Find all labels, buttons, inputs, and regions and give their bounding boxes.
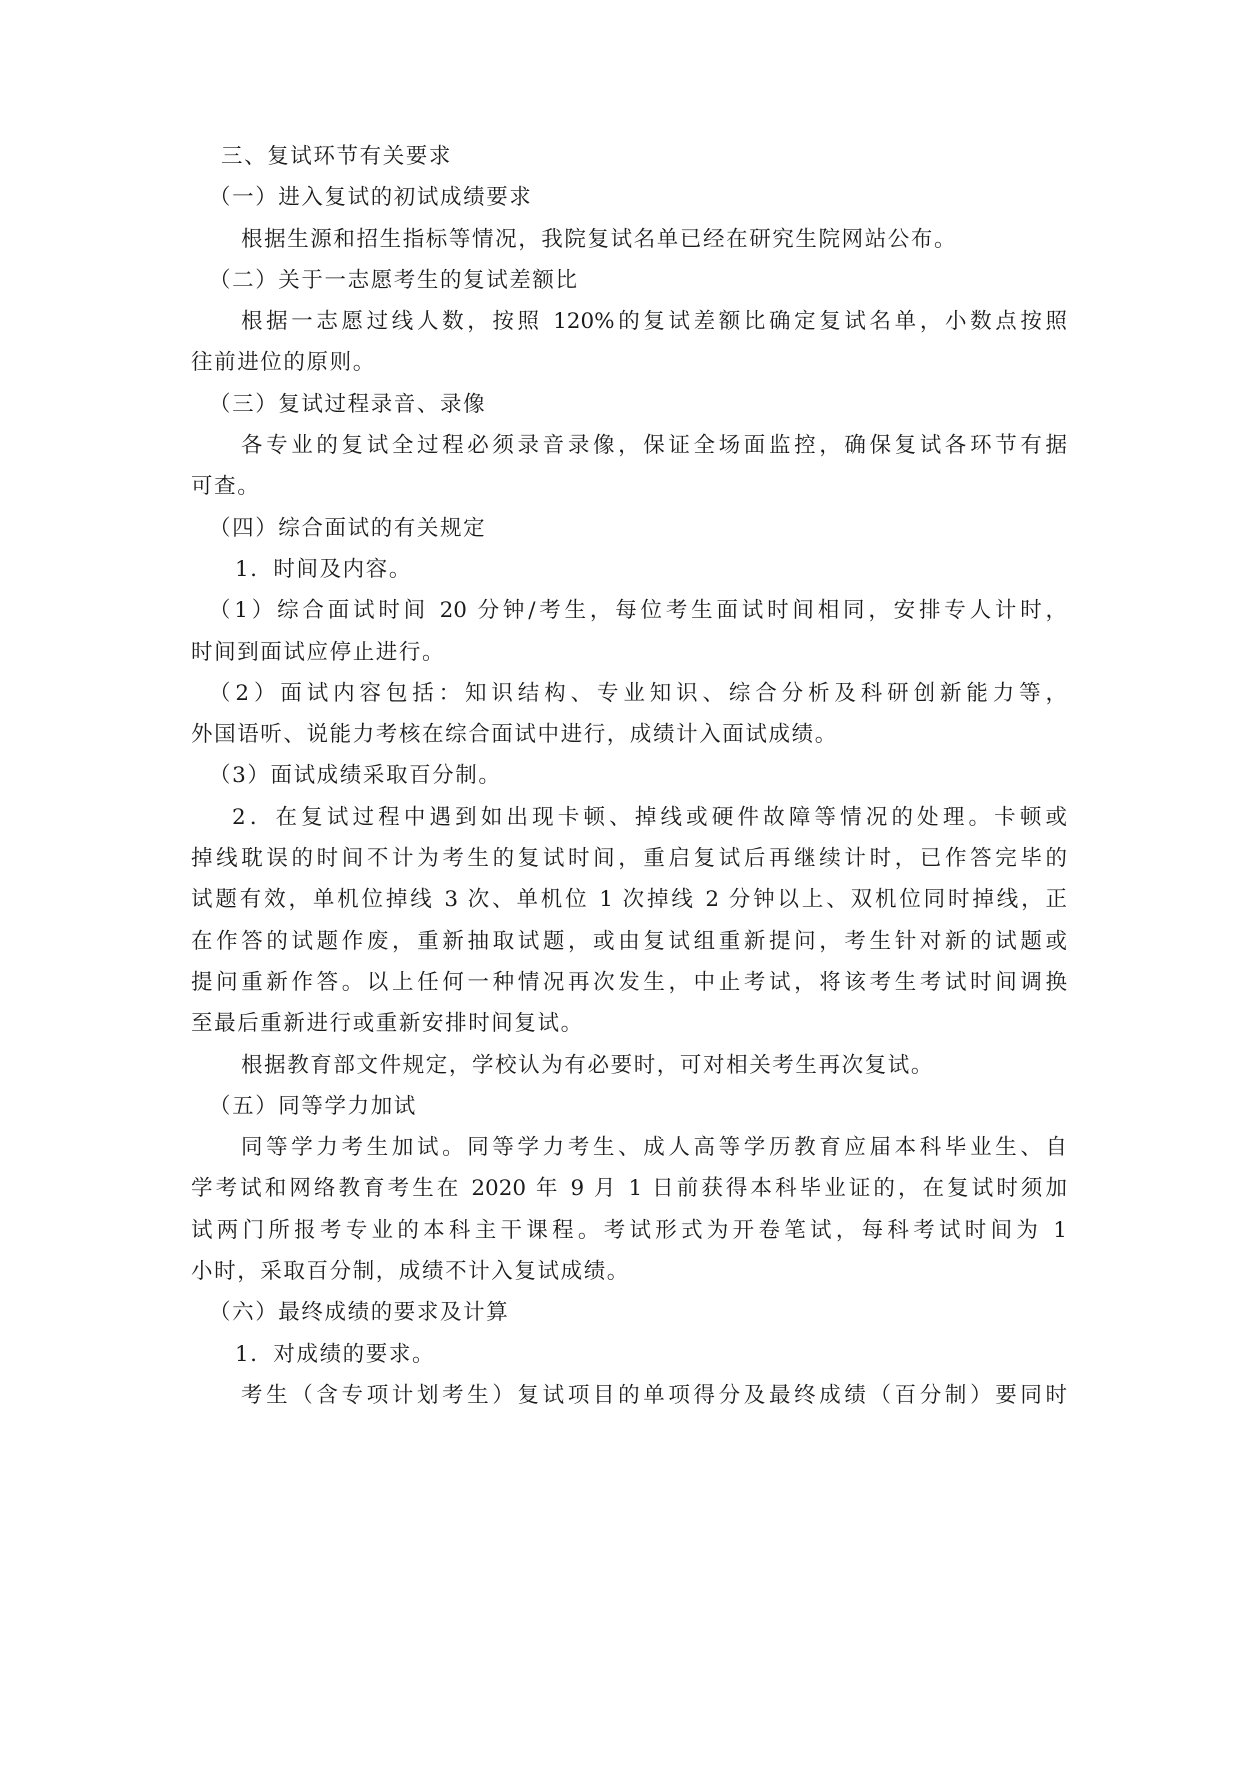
- paragraph-line: （1）综合面试时间 20 分钟/考生，每位考生面试时间相同，安排专人计时，: [191, 590, 1067, 631]
- paragraph-line: 往前进位的原则。: [191, 342, 1067, 383]
- paragraph-line: （3）面试成绩采取百分制。: [191, 755, 1067, 796]
- sub-heading-5: （五）同等学力加试: [191, 1086, 1067, 1127]
- sub-heading-3: （三）复试过程录音、录像: [191, 384, 1067, 425]
- paragraph-line: 可查。: [191, 466, 1067, 507]
- paragraph-line: 各专业的复试全过程必须录音录像，保证全场面监控，确保复试各环节有据: [191, 425, 1067, 466]
- paragraph-line: 时间到面试应停止进行。: [191, 632, 1067, 673]
- paragraph-line: 小时，采取百分制，成绩不计入复试成绩。: [191, 1251, 1067, 1292]
- sub-heading-2: （二）关于一志愿考生的复试差额比: [191, 260, 1067, 301]
- paragraph-line: 考生（含专项计划考生）复试项目的单项得分及最终成绩（百分制）要同时: [191, 1375, 1067, 1416]
- paragraph-line: 外国语听、说能力考核在综合面试中进行，成绩计入面试成绩。: [191, 714, 1067, 755]
- paragraph-line: 在作答的试题作废，重新抽取试题，或由复试组重新提问，考生针对新的试题或: [191, 921, 1067, 962]
- paragraph-line: 根据教育部文件规定，学校认为有必要时，可对相关考生再次复试。: [191, 1045, 1067, 1086]
- sub-heading-4: （四）综合面试的有关规定: [191, 508, 1067, 549]
- paragraph-line: 同等学力考生加试。同等学力考生、成人高等学历教育应届本科毕业生、自: [191, 1127, 1067, 1168]
- section-heading: 三、复试环节有关要求: [191, 136, 1067, 177]
- paragraph-line: 2．在复试过程中遇到如出现卡顿、掉线或硬件故障等情况的处理。卡顿或: [191, 797, 1067, 838]
- paragraph-line: 学考试和网络教育考生在 2020 年 9 月 1 日前获得本科毕业证的，在复试时…: [191, 1168, 1067, 1209]
- sub-heading-6: （六）最终成绩的要求及计算: [191, 1292, 1067, 1333]
- paragraph-line: 根据一志愿过线人数，按照 120%的复试差额比确定复试名单，小数点按照: [191, 301, 1067, 342]
- paragraph-line: 试题有效，单机位掉线 3 次、单机位 1 次掉线 2 分钟以上、双机位同时掉线，…: [191, 879, 1067, 920]
- paragraph-line: 至最后重新进行或重新安排时间复试。: [191, 1003, 1067, 1044]
- item-title: 1．时间及内容。: [191, 549, 1067, 590]
- sub-heading-1: （一）进入复试的初试成绩要求: [191, 177, 1067, 218]
- item-title: 1．对成绩的要求。: [191, 1334, 1067, 1375]
- paragraph-line: （2）面试内容包括：知识结构、专业知识、综合分析及科研创新能力等，: [191, 673, 1067, 714]
- paragraph-line: 试两门所报考专业的本科主干课程。考试形式为开卷笔试，每科考试时间为 1: [191, 1210, 1067, 1251]
- paragraph-line: 提问重新作答。以上任何一种情况再次发生，中止考试，将该考生考试时间调换: [191, 962, 1067, 1003]
- paragraph-line: 掉线耽误的时间不计为考生的复试时间，重启复试后再继续计时，已作答完毕的: [191, 838, 1067, 879]
- paragraph-line: 根据生源和招生指标等情况，我院复试名单已经在研究生院网站公布。: [191, 219, 1067, 260]
- document-page: 三、复试环节有关要求 （一）进入复试的初试成绩要求 根据生源和招生指标等情况，我…: [191, 136, 1067, 1416]
